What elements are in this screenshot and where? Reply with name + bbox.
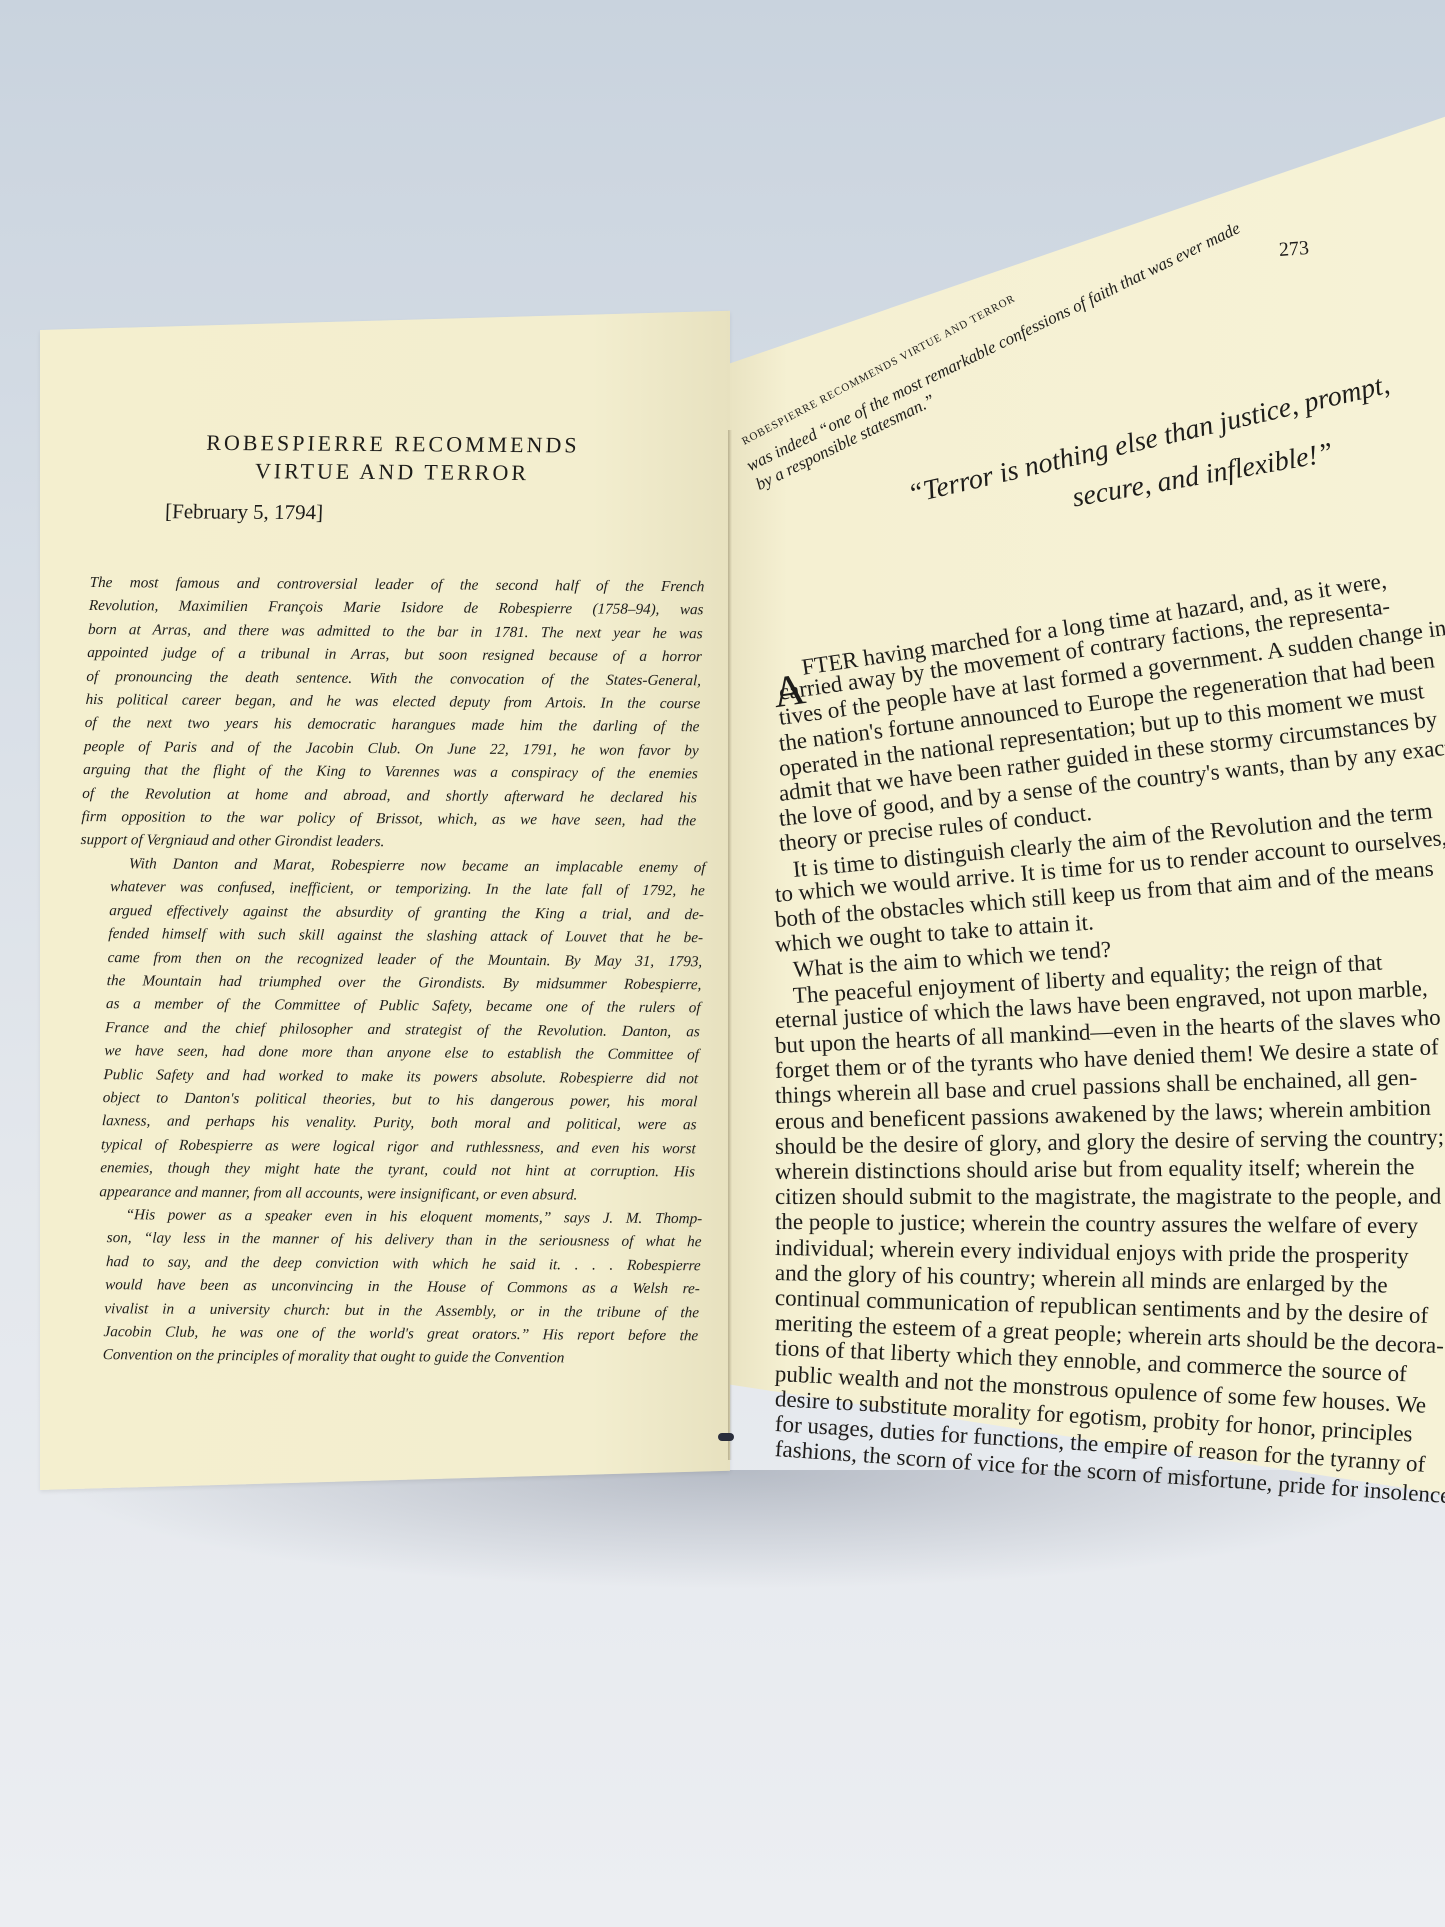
carryover-text: was indeed “one of the most remarkable c… xyxy=(743,217,1253,494)
carryover-line: by a responsible statesman.” xyxy=(752,236,1253,494)
page-number: 273 xyxy=(1278,237,1310,262)
right-page-content: 273 ROBESPIERRE RECOMMENDS VIRTUE AND TE… xyxy=(0,0,1445,1927)
speech-line: citizen should submit to the magistrate,… xyxy=(775,1184,1441,1210)
speech-line: the people to justice; wherein the count… xyxy=(775,1209,1418,1239)
speech-line: wherein distinctions should arise but fr… xyxy=(775,1154,1415,1185)
